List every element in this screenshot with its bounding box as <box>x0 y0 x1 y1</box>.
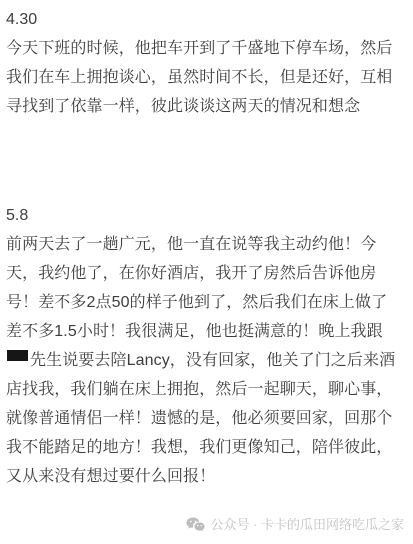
watermark: 公众号 · 卡卡的瓜田网络吃瓜之家 <box>186 516 404 534</box>
redacted-name-box <box>7 350 28 361</box>
entry-text: 今天下班的时候，他把车开到了千盛地下停车场，然后我们在车上拥抱谈心，虽然时间不长… <box>6 40 392 115</box>
wechat-logo-icon <box>186 517 205 533</box>
watermark-label: 公众号 · 卡卡的瓜田网络吃瓜之家 <box>210 516 404 534</box>
entry-text: 前两天去了一趟广元，他一直在说等我主动约他！今天，我约他了，在你好酒店，我开了房… <box>6 236 387 340</box>
entry-text: 先生说要去陪Lancy，没有回家，他关了门之后来酒店找我，我们躺在床上拥抱，然后… <box>6 352 395 485</box>
entry-body: 今天下班的时候，他把车开到了千盛地下停车场，然后我们在车上拥抱谈心，虽然时间不长… <box>6 34 398 121</box>
entry-body: 前两天去了一趟广元，他一直在说等我主动约他！今天，我约他了，在你好酒店，我开了房… <box>6 230 398 491</box>
article-content: 4.30 今天下班的时候，他把车开到了千盛地下停车场，然后我们在车上拥抱谈心，虽… <box>0 0 413 491</box>
entry-date: 5.8 <box>6 201 398 230</box>
diary-entry-1: 4.30 今天下班的时候，他把车开到了千盛地下停车场，然后我们在车上拥抱谈心，虽… <box>6 5 398 121</box>
diary-entry-2: 5.8 前两天去了一趟广元，他一直在说等我主动约他！今天，我约他了，在你好酒店，… <box>6 201 398 491</box>
entry-date: 4.30 <box>6 5 398 34</box>
article-page: 4.30 今天下班的时候，他把车开到了千盛地下停车场，然后我们在车上拥抱谈心，虽… <box>0 0 413 544</box>
